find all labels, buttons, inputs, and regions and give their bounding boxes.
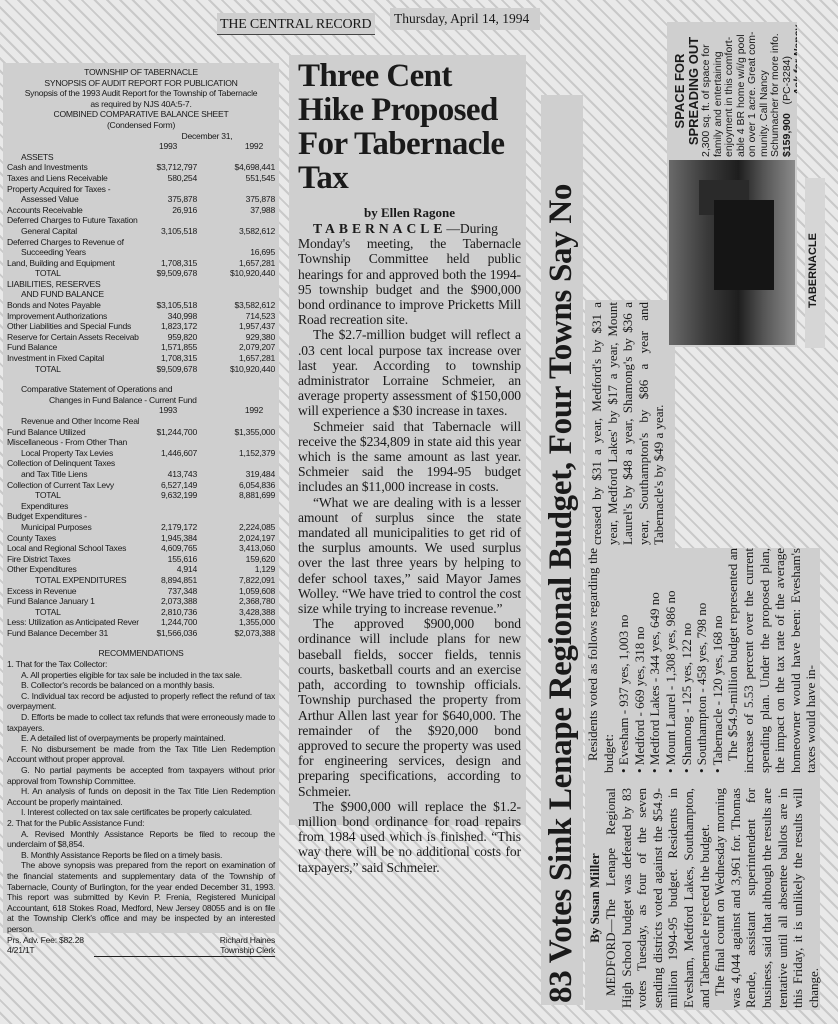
vote-item: • Southampton - 458 yes, 798 no	[694, 548, 710, 773]
value-1992: 1,152,379	[197, 448, 275, 459]
recommendation-item: D. Efforts be made to collect tax refund…	[7, 712, 275, 733]
row-label: Miscellaneous - From Other Than	[7, 437, 139, 448]
recommendation-item: G. No partial payments be accepted from …	[7, 765, 275, 786]
recommendations-title: RECOMMENDATIONS	[7, 648, 275, 659]
issue-date: Thursday, April 14, 1994	[390, 8, 540, 30]
row-label: Improvement Authorizations	[7, 311, 139, 322]
lenape-headline-strip: 83 Votes Sink Lenape Regional Budget, Fo…	[541, 95, 583, 1005]
main-body: TABERNACLE—During Monday's meeting, the …	[298, 221, 521, 875]
table-row: TOTAL9,632,1998,881,699	[7, 490, 275, 501]
value-1992	[197, 458, 275, 469]
value-1993: $1,566,036	[139, 628, 197, 639]
year-header-2: 19931992	[7, 405, 275, 416]
recommendation-item: 1. That for the Tax Collector:	[7, 659, 275, 670]
value-1993	[139, 437, 197, 448]
value-1993: 1,708,315	[139, 258, 197, 269]
signer-name: Richard Haines	[220, 935, 275, 946]
row-label: Expenditures	[7, 501, 139, 512]
value-1992: 2,368,780	[197, 596, 275, 607]
value-1992: $4,698,441	[197, 162, 275, 173]
table-row: Reserve for Certain Assets Receivable959…	[7, 332, 275, 343]
vote-item: • Shamong - 125 yes, 122 no	[679, 548, 695, 773]
value-1993: 1,244,700	[139, 617, 197, 628]
value-1992: 159,620	[197, 554, 275, 565]
row-label: Local and Regional School Taxes	[7, 543, 139, 554]
table-row: Collection of Delinquent Taxes	[7, 458, 275, 469]
value-1993: 8,894,851	[139, 575, 197, 586]
row-label: Investment in Fixed Capital	[7, 353, 139, 364]
table-row: Collection of Current Tax Levy6,527,1496…	[7, 480, 275, 491]
row-label: Cash and Investments	[7, 162, 139, 173]
value-1992: 16,695	[197, 247, 275, 258]
table-row: Fund Balance January 12,073,3882,368,780	[7, 596, 275, 607]
table-row: Investment in Fixed Capital1,708,3151,65…	[7, 353, 275, 364]
main-byline: by Ellen Ragone	[298, 205, 521, 221]
lenape-col2-text: Residents voted as follows regarding the…	[585, 548, 819, 773]
recommendation-item: The above synopsis was prepared from the…	[7, 860, 275, 934]
recommendation-item: F. No disbursement be made from the Tax …	[7, 744, 275, 765]
row-label: Collection of Delinquent Taxes	[7, 458, 139, 469]
table-row: and Tax Title Liens413,743319,484	[7, 469, 275, 480]
row-label: Fire District Taxes	[7, 554, 139, 565]
recommendations-list: 1. That for the Tax Collector:A. All pro…	[7, 659, 275, 934]
value-1992: 375,878	[197, 194, 275, 205]
table-row: Budget Expenditures -	[7, 511, 275, 522]
value-1992	[197, 237, 275, 248]
table-row: Excess in Revenue737,3481,059,608	[7, 586, 275, 597]
table-row: Deferred Charges to Future Taxation	[7, 215, 275, 226]
value-1992: 2,024,197	[197, 533, 275, 544]
value-1992: 37,988	[197, 205, 275, 216]
value-1993: 1,708,315	[139, 353, 197, 364]
vote-list: • Evesham - 937 yes, 1,003 no• Medford -…	[616, 548, 725, 773]
value-1993	[139, 458, 197, 469]
row-label: Less: Utilization as Anticipated Revenue	[7, 617, 139, 628]
row-label: Deferred Charges to Revenue of	[7, 237, 139, 248]
value-1993	[139, 184, 197, 195]
row-label: LIABILITIES, RESERVES	[7, 279, 139, 290]
lenape-byline: By Susan Miller	[587, 788, 603, 1008]
value-1993	[139, 501, 197, 512]
audit-title: TOWNSHIP OF TABERNACLE SYNOPSIS OF AUDIT…	[7, 67, 275, 131]
row-label: Reserve for Certain Assets Receivable	[7, 332, 139, 343]
table-row: Bonds and Notes Payable$3,105,518$3,582,…	[7, 300, 275, 311]
table-row: TOTAL EXPENDITURES8,894,8517,822,091	[7, 575, 275, 586]
recommendation-item: C. Individual tax record be adjusted to …	[7, 691, 275, 712]
value-1993	[139, 279, 197, 290]
recommendation-item: B. Collector's records be balanced on a …	[7, 680, 275, 691]
table-row: TOTAL2,810,7363,428,388	[7, 607, 275, 618]
value-1993: $1,244,700	[139, 427, 197, 438]
value-1992: 1,957,437	[197, 321, 275, 332]
value-1993	[139, 237, 197, 248]
value-1992	[197, 289, 275, 300]
value-1993: 9,632,199	[139, 490, 197, 501]
ad-location-tag: TABERNACLE	[807, 233, 819, 308]
signer-title: Township Clerk	[94, 945, 275, 957]
value-1992: $1,355,000	[197, 427, 275, 438]
row-label: Fund Balance	[7, 342, 139, 353]
table-row: Land, Building and Equipment1,708,3151,6…	[7, 258, 275, 269]
value-1992: 2,079,207	[197, 342, 275, 353]
value-1993	[139, 511, 197, 522]
value-1992: 1,129	[197, 564, 275, 575]
row-label: Revenue and Other Income Realized	[7, 416, 139, 427]
value-1992: 3,428,388	[197, 607, 275, 618]
value-1992	[197, 215, 275, 226]
table-row: Fund Balance December 31$1,566,036$2,073…	[7, 628, 275, 639]
value-1993: 2,073,388	[139, 596, 197, 607]
value-1992: 1,355,000	[197, 617, 275, 628]
value-1993: 413,743	[139, 469, 197, 480]
value-1993	[139, 247, 197, 258]
row-label: Fund Balance December 31	[7, 628, 139, 639]
row-label: Municipal Purposes	[7, 522, 139, 533]
value-1993: 737,348	[139, 586, 197, 597]
value-1992: 1,657,281	[197, 258, 275, 269]
value-1993: 4,914	[139, 564, 197, 575]
row-label: Fund Balance Utilized	[7, 427, 139, 438]
value-1992: $3,582,612	[197, 300, 275, 311]
ad-location-strip: TABERNACLE	[805, 178, 825, 348]
value-1992	[197, 416, 275, 427]
value-1993: 340,998	[139, 311, 197, 322]
row-label: TOTAL	[7, 490, 139, 501]
row-label: Other Liabilities and Special Funds	[7, 321, 139, 332]
row-label: Succeeding Years	[7, 247, 139, 258]
value-1992	[197, 437, 275, 448]
table-row: AND FUND BALANCE	[7, 289, 275, 300]
value-1992	[197, 511, 275, 522]
value-1992: $2,073,388	[197, 628, 275, 639]
table-row: Revenue and Other Income Realized	[7, 416, 275, 427]
value-1993: 2,179,172	[139, 522, 197, 533]
recommendation-item: 2. That for the Public Assistance Fund:	[7, 818, 275, 829]
value-1993: 3,105,518	[139, 226, 197, 237]
main-headline: Three Cent Hike Proposed For Tabernacle …	[298, 59, 521, 195]
ad-title: SPACE FOR SPREADING OUT	[673, 25, 701, 157]
table-row: Fund Balance1,571,8552,079,207	[7, 342, 275, 353]
value-1992	[197, 184, 275, 195]
table-row: Local Property Tax Levies1,446,6071,152,…	[7, 448, 275, 459]
value-1992: 8,881,699	[197, 490, 275, 501]
table-row: TOTAL$9,509,678$10,920,440	[7, 364, 275, 375]
value-1993: 1,571,855	[139, 342, 197, 353]
value-1992: 929,380	[197, 332, 275, 343]
table-row: LIABILITIES, RESERVES	[7, 279, 275, 290]
value-1992: 1,657,281	[197, 353, 275, 364]
vote-item: • Medford - 669 yes, 318 no	[632, 548, 648, 773]
value-1993: $9,509,678	[139, 364, 197, 375]
row-label: Local Property Tax Levies	[7, 448, 139, 459]
table-row: TOTAL$9,509,678$10,920,440	[7, 268, 275, 279]
table-row: Assessed Value375,878375,878	[7, 194, 275, 205]
value-1993: 4,609,765	[139, 543, 197, 554]
table-row: Accounts Receivable26,91637,988	[7, 205, 275, 216]
value-1992	[197, 501, 275, 512]
table-row: Cash and Investments$3,712,797$4,698,441	[7, 162, 275, 173]
recommendation-item: I. Interest collected on tax sale certif…	[7, 807, 275, 818]
value-1992: $10,920,440	[197, 364, 275, 375]
recommendation-item: A. Revised Monthly Assistance Reports be…	[7, 829, 275, 850]
table-row: Improvement Authorizations340,998714,523	[7, 311, 275, 322]
ad-contact: Ask for Nancy	[793, 25, 797, 157]
value-1993	[139, 289, 197, 300]
row-label: AND FUND BALANCE	[7, 289, 139, 300]
table-row: Deferred Charges to Revenue of	[7, 237, 275, 248]
table-row: Property Acquired for Taxes -	[7, 184, 275, 195]
value-1993: 1,945,384	[139, 533, 197, 544]
vote-item: • Tabernacle - 120 yes, 168 no	[710, 548, 726, 773]
table-row: Expenditures	[7, 501, 275, 512]
row-label: Taxes and Liens Receivable	[7, 173, 139, 184]
value-1992: 7,822,091	[197, 575, 275, 586]
value-1992: 1,059,608	[197, 586, 275, 597]
operations-table: Revenue and Other Income RealizedFund Ba…	[7, 416, 275, 638]
row-label: TOTAL	[7, 607, 139, 618]
vote-item: • Mount Laurel - 1,308 yes, 986 no	[663, 548, 679, 773]
balance-sheet-table: ASSETSCash and Investments$3,712,797$4,6…	[7, 152, 275, 374]
recommendation-item: E. A detailed list of overpayments be pr…	[7, 733, 275, 744]
value-1993: 959,820	[139, 332, 197, 343]
lenape-body-bottom: By Susan Miller MEDFORD—The Lenape Regio…	[585, 548, 820, 1010]
vote-item: • Evesham - 937 yes, 1,003 no	[616, 548, 632, 773]
value-1993: $3,105,518	[139, 300, 197, 311]
table-row: Municipal Purposes2,179,1722,224,085	[7, 522, 275, 533]
table-row: Fund Balance Utilized$1,244,700$1,355,00…	[7, 427, 275, 438]
value-1993: 580,254	[139, 173, 197, 184]
row-label: General Capital	[7, 226, 139, 237]
ad-code: (PC-3284)	[781, 56, 793, 104]
audit-notice: TOWNSHIP OF TABERNACLE SYNOPSIS OF AUDIT…	[3, 63, 279, 933]
value-1993	[139, 152, 197, 163]
table-row: Other Liabilities and Special Funds1,823…	[7, 321, 275, 332]
row-label: TOTAL	[7, 364, 139, 375]
table-row: Taxes and Liens Receivable580,254551,545	[7, 173, 275, 184]
year-header: 19931992	[7, 141, 275, 152]
table-row: Local and Regional School Taxes4,609,765…	[7, 543, 275, 554]
real-estate-ad: SPACE FOR SPREADING OUT 2,300 sq. ft. of…	[667, 22, 797, 347]
main-article: Three Cent Hike Proposed For Tabernacle …	[289, 55, 526, 825]
table-row: Fire District Taxes155,616159,620	[7, 554, 275, 565]
ad-fee: Prs. Adv. Fee: $82.28	[7, 935, 84, 946]
value-1992: 2,224,085	[197, 522, 275, 533]
lenape-col1: MEDFORD—The Lenape Regional High School …	[603, 788, 821, 1008]
value-1992: 3,413,060	[197, 543, 275, 554]
row-label: Deferred Charges to Future Taxation	[7, 215, 139, 226]
row-label: Budget Expenditures -	[7, 511, 139, 522]
vote-item: • Medford Lakes - 344 yes, 649 no	[647, 548, 663, 773]
recommendation-item: B. Monthly Assistance Reports be filed o…	[7, 850, 275, 861]
value-1992: 6,054,836	[197, 480, 275, 491]
row-label: Fund Balance January 1	[7, 596, 139, 607]
value-1993	[139, 416, 197, 427]
table-row: Less: Utilization as Anticipated Revenue…	[7, 617, 275, 628]
row-label: and Tax Title Liens	[7, 469, 139, 480]
table-row: Miscellaneous - From Other Than	[7, 437, 275, 448]
value-1992: 551,545	[197, 173, 275, 184]
value-1993: $9,509,678	[139, 268, 197, 279]
value-1993: 1,446,607	[139, 448, 197, 459]
value-1992: 714,523	[197, 311, 275, 322]
row-label: Excess in Revenue	[7, 586, 139, 597]
value-1993: 2,810,736	[139, 607, 197, 618]
ad-body: 2,300 sq. ft. of space for family and en…	[701, 25, 797, 157]
row-label: Assessed Value	[7, 194, 139, 205]
ad-price: $159,900	[781, 113, 793, 157]
table-row: Succeeding Years16,695	[7, 247, 275, 258]
run-date: 4/21/1T	[7, 945, 34, 957]
value-1992	[197, 279, 275, 290]
row-label: Other Expenditures	[7, 564, 139, 575]
house-photo	[669, 160, 795, 345]
value-1992: 319,484	[197, 469, 275, 480]
date-header: December 31,	[7, 131, 275, 142]
signature-block: Prs. Adv. Fee: $82.28 Richard Haines	[7, 935, 275, 946]
table-row: ASSETS	[7, 152, 275, 163]
operations-title: Comparative Statement of Operations and …	[7, 384, 275, 405]
recommendation-item: A. All properties eligible for tax sale …	[7, 670, 275, 681]
value-1993: 26,916	[139, 205, 197, 216]
lenape-col3: creased by $31 a year, Medford's by $31 …	[589, 302, 667, 545]
row-label: Accounts Receivable	[7, 205, 139, 216]
row-label: County Taxes	[7, 533, 139, 544]
value-1993: 6,527,149	[139, 480, 197, 491]
row-label: Land, Building and Equipment	[7, 258, 139, 269]
lenape-headline: 83 Votes Sink Lenape Regional Budget, Fo…	[543, 97, 580, 1003]
row-label: TOTAL	[7, 268, 139, 279]
value-1993	[139, 215, 197, 226]
value-1992	[197, 152, 275, 163]
newspaper-name: THE CENTRAL RECORD	[217, 13, 375, 35]
table-row: General Capital3,105,5183,582,612	[7, 226, 275, 237]
main-dateline: TABERNACLE	[313, 221, 446, 236]
row-label: Bonds and Notes Payable	[7, 300, 139, 311]
table-row: Other Expenditures4,9141,129	[7, 564, 275, 575]
value-1992: $10,920,440	[197, 268, 275, 279]
row-label: Collection of Current Tax Levy	[7, 480, 139, 491]
value-1993: $3,712,797	[139, 162, 197, 173]
value-1993: 375,878	[139, 194, 197, 205]
value-1992: 3,582,612	[197, 226, 275, 237]
row-label: Property Acquired for Taxes -	[7, 184, 139, 195]
recommendation-item: H. An analysis of funds on deposit in th…	[7, 786, 275, 807]
value-1993: 1,823,172	[139, 321, 197, 332]
value-1993: 155,616	[139, 554, 197, 565]
row-label: ASSETS	[7, 152, 139, 163]
table-row: County Taxes1,945,3842,024,197	[7, 533, 275, 544]
row-label: TOTAL EXPENDITURES	[7, 575, 139, 586]
